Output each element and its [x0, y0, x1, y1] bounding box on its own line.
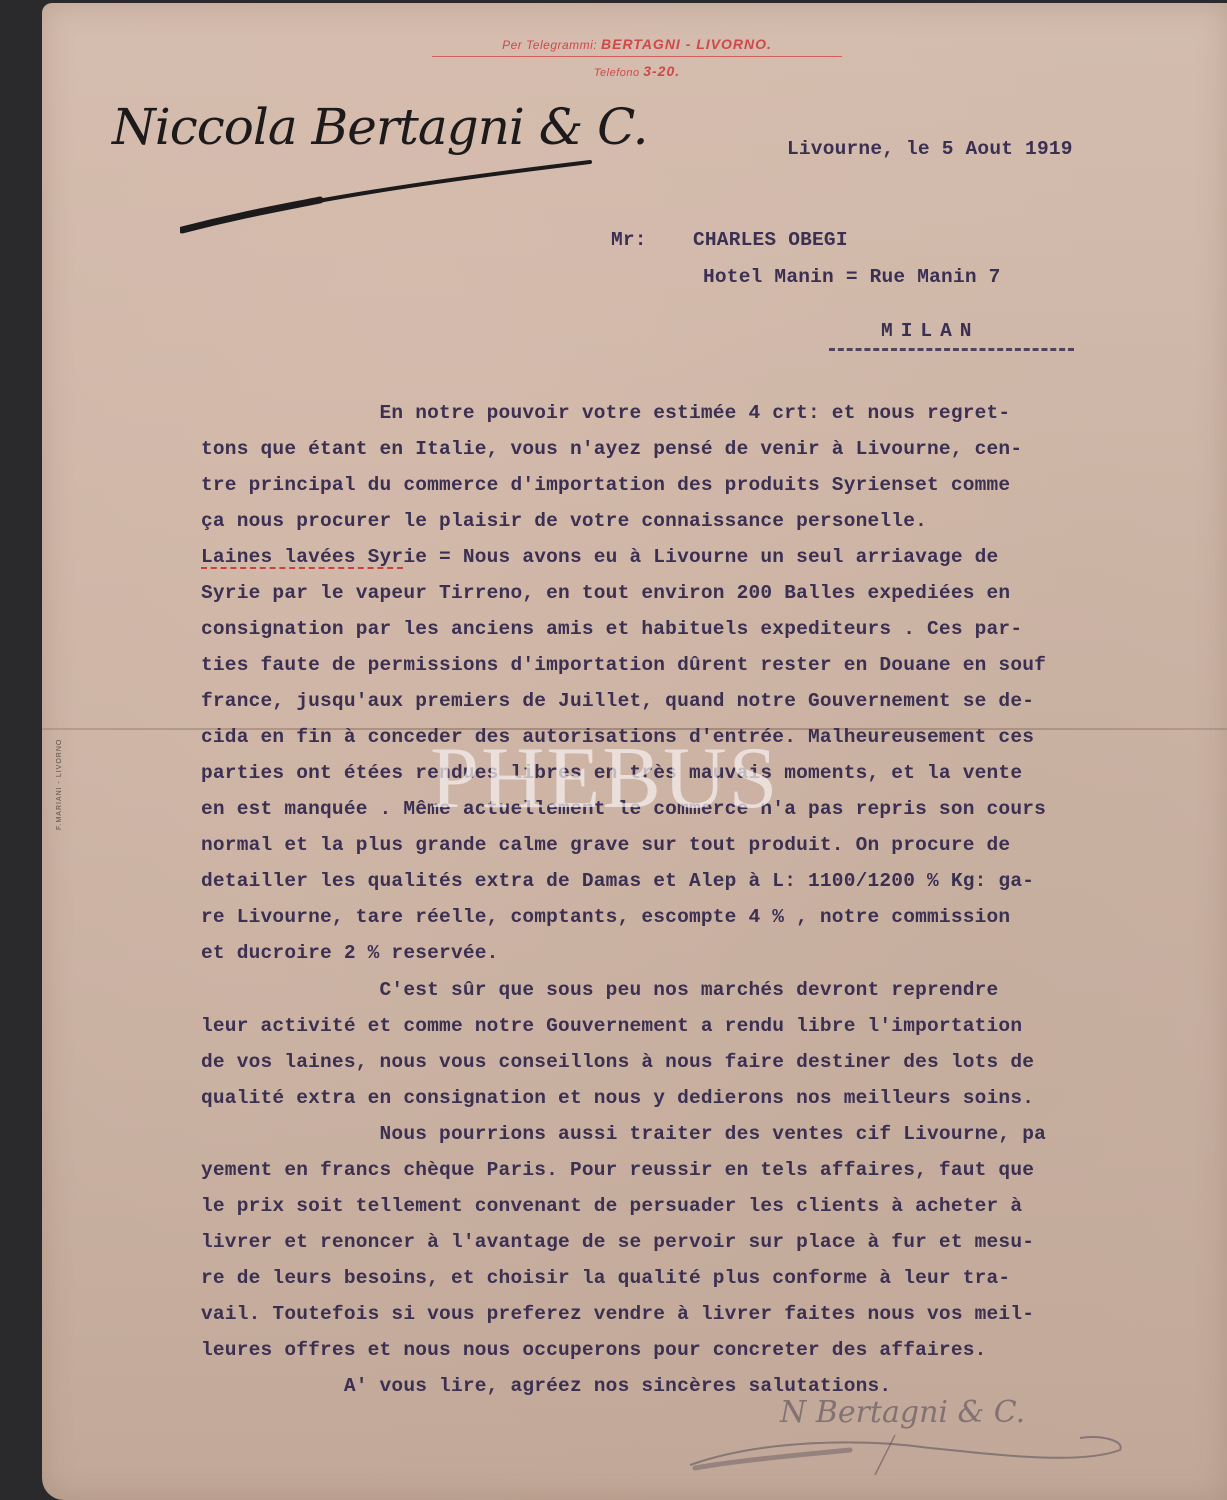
body-line: leur activité et comme notre Gouvernemen… [201, 1008, 1022, 1044]
body-line: ties faute de permissions d'importation … [201, 647, 1046, 683]
body-line: et ducroire 2 % reservée. [201, 935, 499, 971]
place-date: Livourne, le 5 Aout 1919 [787, 138, 1073, 160]
recipient-salutation: Mr: [611, 229, 647, 251]
body-line: cida en fin à conceder des autorisations… [201, 719, 1034, 755]
body-line: normal et la plus grande calme grave sur… [201, 827, 1010, 863]
body-line: de vos laines, nous vous conseillons à n… [201, 1044, 1034, 1080]
signature-flourish-icon [680, 1410, 1130, 1480]
company-logo-script: Niccola Bertagni & C. [112, 98, 648, 156]
body-line: En notre pouvoir votre estimée 4 crt: et… [201, 395, 1010, 431]
body-line: tons que étant en Italie, vous n'ayez pe… [201, 431, 1022, 467]
printer-imprint: F.MARIANI - LIVORNO [56, 739, 63, 830]
body-line: vail. Toutefois si vous preferez vendre … [201, 1296, 1034, 1332]
telegram-address: BERTAGNI - LIVORNO. [601, 36, 772, 52]
telephone-label: Telefono [594, 67, 640, 79]
body-line: france, jusqu'aux premiers de Juillet, q… [201, 683, 1034, 719]
body-line: C'est sûr que sous peu nos marchés devro… [201, 972, 998, 1008]
body-line: yement en francs chèque Paris. Pour reus… [201, 1152, 1034, 1188]
body-line: re Livourne, tare réelle, comptants, esc… [201, 899, 1010, 935]
logo-swash-icon [180, 160, 600, 240]
body-line: tre principal du commerce d'importation … [201, 467, 1010, 503]
recipient-city: MILAN [881, 320, 980, 342]
body-line: Syrie par le vapeur Tirreno, en tout env… [201, 575, 1010, 611]
telephone-number: 3-20. [643, 63, 680, 79]
body-line: parties ont étées rendues libres en très… [201, 755, 1022, 791]
letterhead-rule [432, 56, 842, 57]
body-line: en est manquée . Même actuellement le co… [201, 791, 1046, 827]
body-line: ça nous procurer le plaisir de votre con… [201, 503, 927, 539]
recipient-street: Hotel Manin = Rue Manin 7 [703, 266, 1001, 288]
body-line: re de leurs besoins, et choisir la quali… [201, 1260, 1010, 1296]
body-line: le prix soit tellement convenant de pers… [201, 1188, 1022, 1224]
body-line: detailler les qualités extra de Damas et… [201, 863, 1034, 899]
body-line-subject: Laines lavées Syrie = Nous avons eu à Li… [201, 539, 998, 575]
body-line: qualité extra en consignation et nous y … [201, 1080, 1034, 1116]
recipient-name: CHARLES OBEGI [693, 229, 848, 251]
letterhead-telegram-block: Per Telegrammi: BERTAGNI - LIVORNO. Tele… [432, 36, 842, 79]
body-line: livrer et renoncer à l'avantage de se pe… [201, 1224, 1034, 1260]
subject-red-underline [201, 567, 403, 569]
body-line: Nous pourrions aussi traiter des ventes … [201, 1116, 1046, 1152]
telegram-label: Per Telegrammi: [502, 38, 597, 52]
body-line: leures offres et nous nous occuperons po… [201, 1332, 987, 1368]
body-line: consignation par les anciens amis et hab… [201, 611, 1022, 647]
city-underline [829, 348, 1074, 351]
